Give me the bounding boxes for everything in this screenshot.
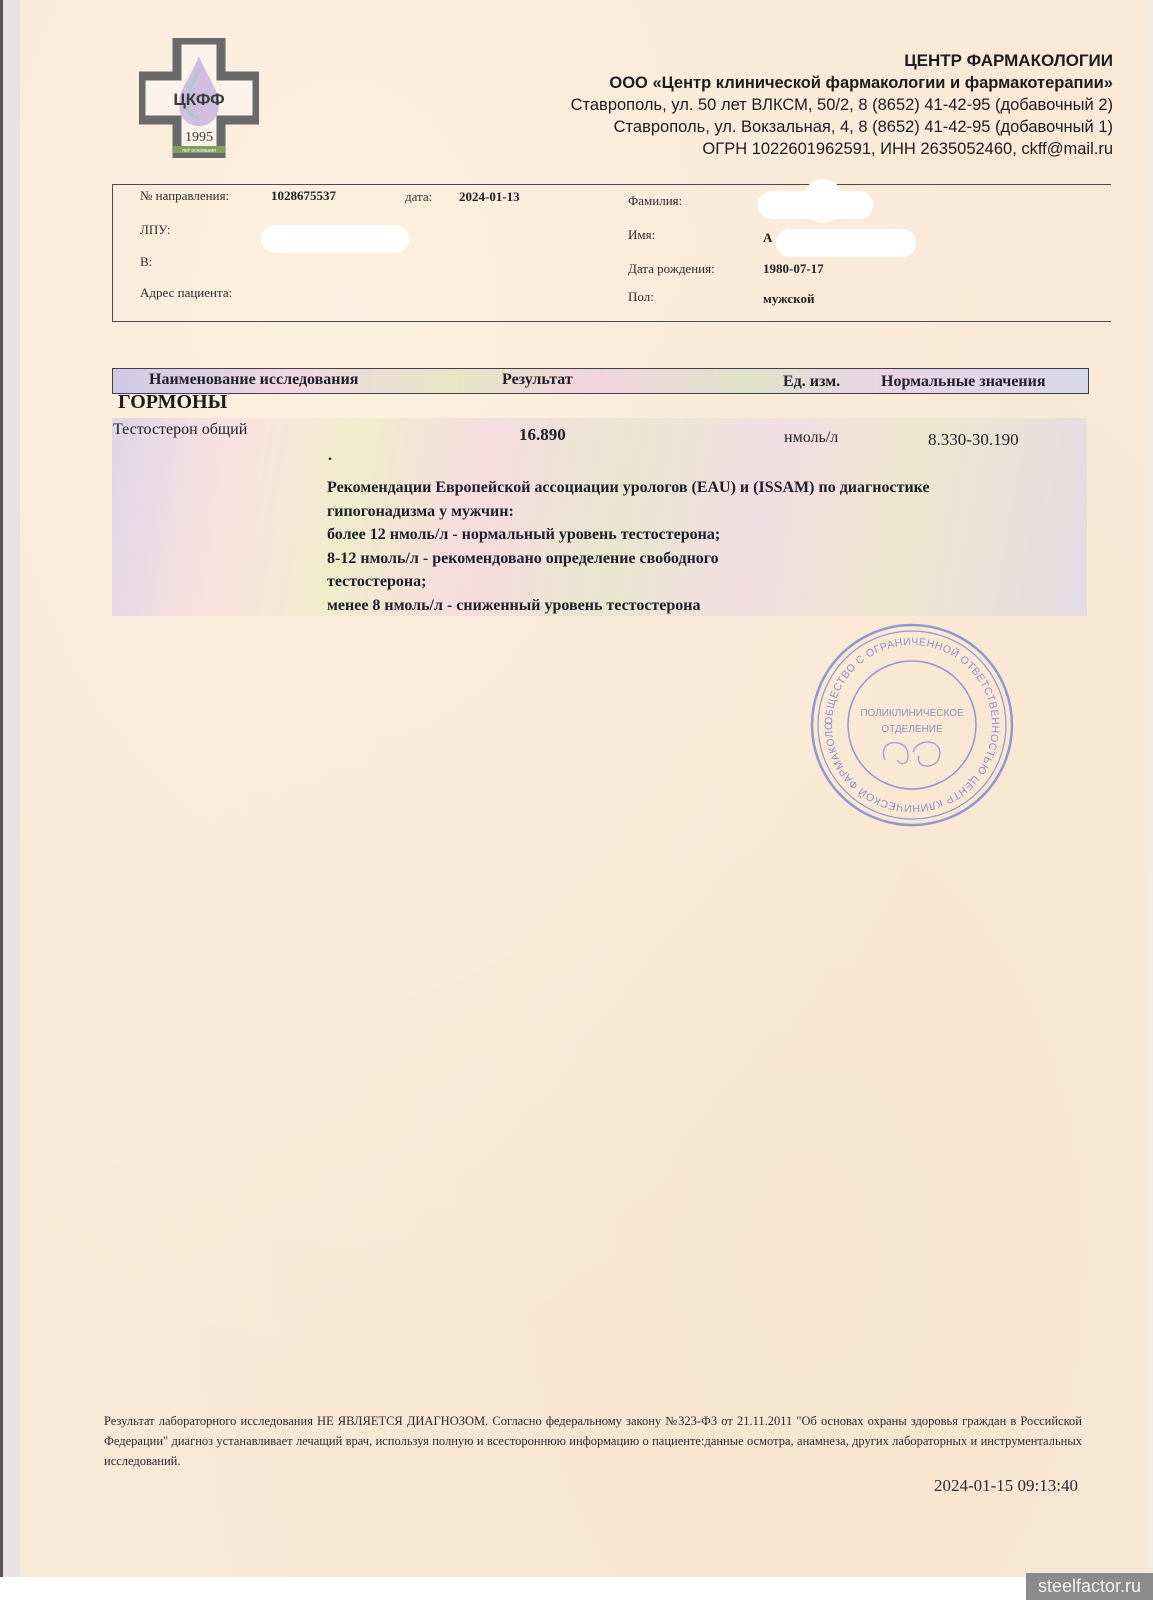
note-line: менее 8 нмоль/л - сниженный уровень тест…: [327, 594, 1067, 618]
test-result: 16.890: [519, 425, 566, 445]
note-line: гипогонадизма у мужчин:: [327, 500, 1067, 524]
v-label: В:: [140, 254, 152, 270]
note-line: более 12 нмоль/л - нормальный уровень те…: [327, 523, 1067, 547]
referral-date-label: дата:: [405, 189, 432, 205]
scan-edge-right: [1145, 0, 1153, 1577]
round-seal-icon: ОБЩЕСТВО С ОГРАНИЧЕННОЙ ОТВЕТСТВЕННОСТЬЮ…: [807, 620, 1017, 830]
clinical-note: Рекомендации Европейской ассоциации урол…: [327, 476, 1067, 617]
clinic-logo: ЦКФФ 1995 лет основания: [139, 38, 259, 158]
column-reference: Нормальные значения: [881, 373, 1046, 391]
column-test-name: Наименование исследования: [149, 371, 358, 389]
dob-label: Дата рождения:: [628, 261, 715, 277]
name-value: А: [763, 230, 772, 246]
org-address-1: Ставрополь, ул. 50 лет ВЛКСМ, 50/2, 8 (8…: [571, 94, 1113, 116]
surname-label: Фамилия:: [628, 193, 682, 209]
column-result: Результат: [502, 371, 573, 389]
results-table-header: Наименование исследования Результат Ед. …: [112, 368, 1089, 394]
sex-value: мужской: [763, 291, 814, 307]
legal-disclaimer: Результат лабораторного исследования НЕ …: [104, 1411, 1082, 1471]
referral-date-value: 2024-01-13: [459, 189, 520, 205]
svg-text:ПОЛИКЛИНИЧЕСКОЕ: ПОЛИКЛИНИЧЕСКОЕ: [860, 708, 964, 719]
group-title-hormones: ГОРМОНЫ: [118, 391, 227, 414]
name-label: Имя:: [628, 227, 655, 243]
test-name: Тестостерон общий: [113, 421, 247, 439]
test-unit: нмоль/л: [784, 429, 838, 447]
patient-info-box: № направления: 1028675537 дата: 2024-01-…: [112, 184, 1111, 322]
org-name: ООО «Центр клинической фармакологии и фа…: [571, 72, 1113, 94]
redacted-lpu: [261, 225, 409, 253]
signature-icon: [883, 742, 939, 766]
printed-timestamp: 2024-01-15 09:13:40: [934, 1476, 1078, 1496]
org-address-2: Ставрополь, ул. Вокзальная, 4, 8 (8652) …: [571, 116, 1113, 138]
note-marker: .: [328, 447, 332, 465]
org-title: ЦЕНТР ФАРМАКОЛОГИИ: [571, 50, 1113, 72]
note-line: Рекомендации Европейской ассоциации урол…: [327, 476, 1067, 500]
source-watermark: steelfactor.ru: [1026, 1573, 1153, 1600]
lpu-label: ЛПУ:: [140, 222, 171, 238]
organization-header: ЦЕНТР ФАРМАКОЛОГИИ ООО «Центр клиническо…: [571, 50, 1113, 160]
svg-text:ЦКФФ: ЦКФФ: [173, 90, 224, 109]
note-line: тестостерона;: [327, 570, 1067, 594]
column-unit: Ед. изм.: [783, 373, 840, 391]
scan-edge-left: [0, 0, 20, 1577]
patient-address-label: Адрес пациента:: [140, 285, 232, 301]
medical-cross-icon: ЦКФФ 1995 лет основания: [139, 38, 259, 158]
redacted-name: [776, 229, 916, 257]
svg-text:1995: 1995: [185, 130, 213, 145]
official-stamp: ОБЩЕСТВО С ОГРАНИЧЕННОЙ ОТВЕТСТВЕННОСТЬЮ…: [807, 620, 1017, 830]
dob-value: 1980-07-17: [763, 261, 824, 277]
sex-label: Пол:: [628, 289, 654, 305]
test-reference-range: 8.330-30.190: [928, 430, 1019, 450]
referral-number-label: № направления:: [140, 188, 229, 204]
org-registration: ОГРН 1022601962591, ИНН 2635052460, ckff…: [571, 138, 1113, 160]
svg-text:лет основания: лет основания: [182, 148, 216, 154]
svg-text:ОТДЕЛЕНИЕ: ОТДЕЛЕНИЕ: [881, 724, 943, 735]
referral-number-value: 1028675537: [271, 188, 336, 204]
note-line: 8-12 нмоль/л - рекомендовано определение…: [327, 547, 1067, 571]
redacted-surname-extra: [803, 179, 843, 223]
